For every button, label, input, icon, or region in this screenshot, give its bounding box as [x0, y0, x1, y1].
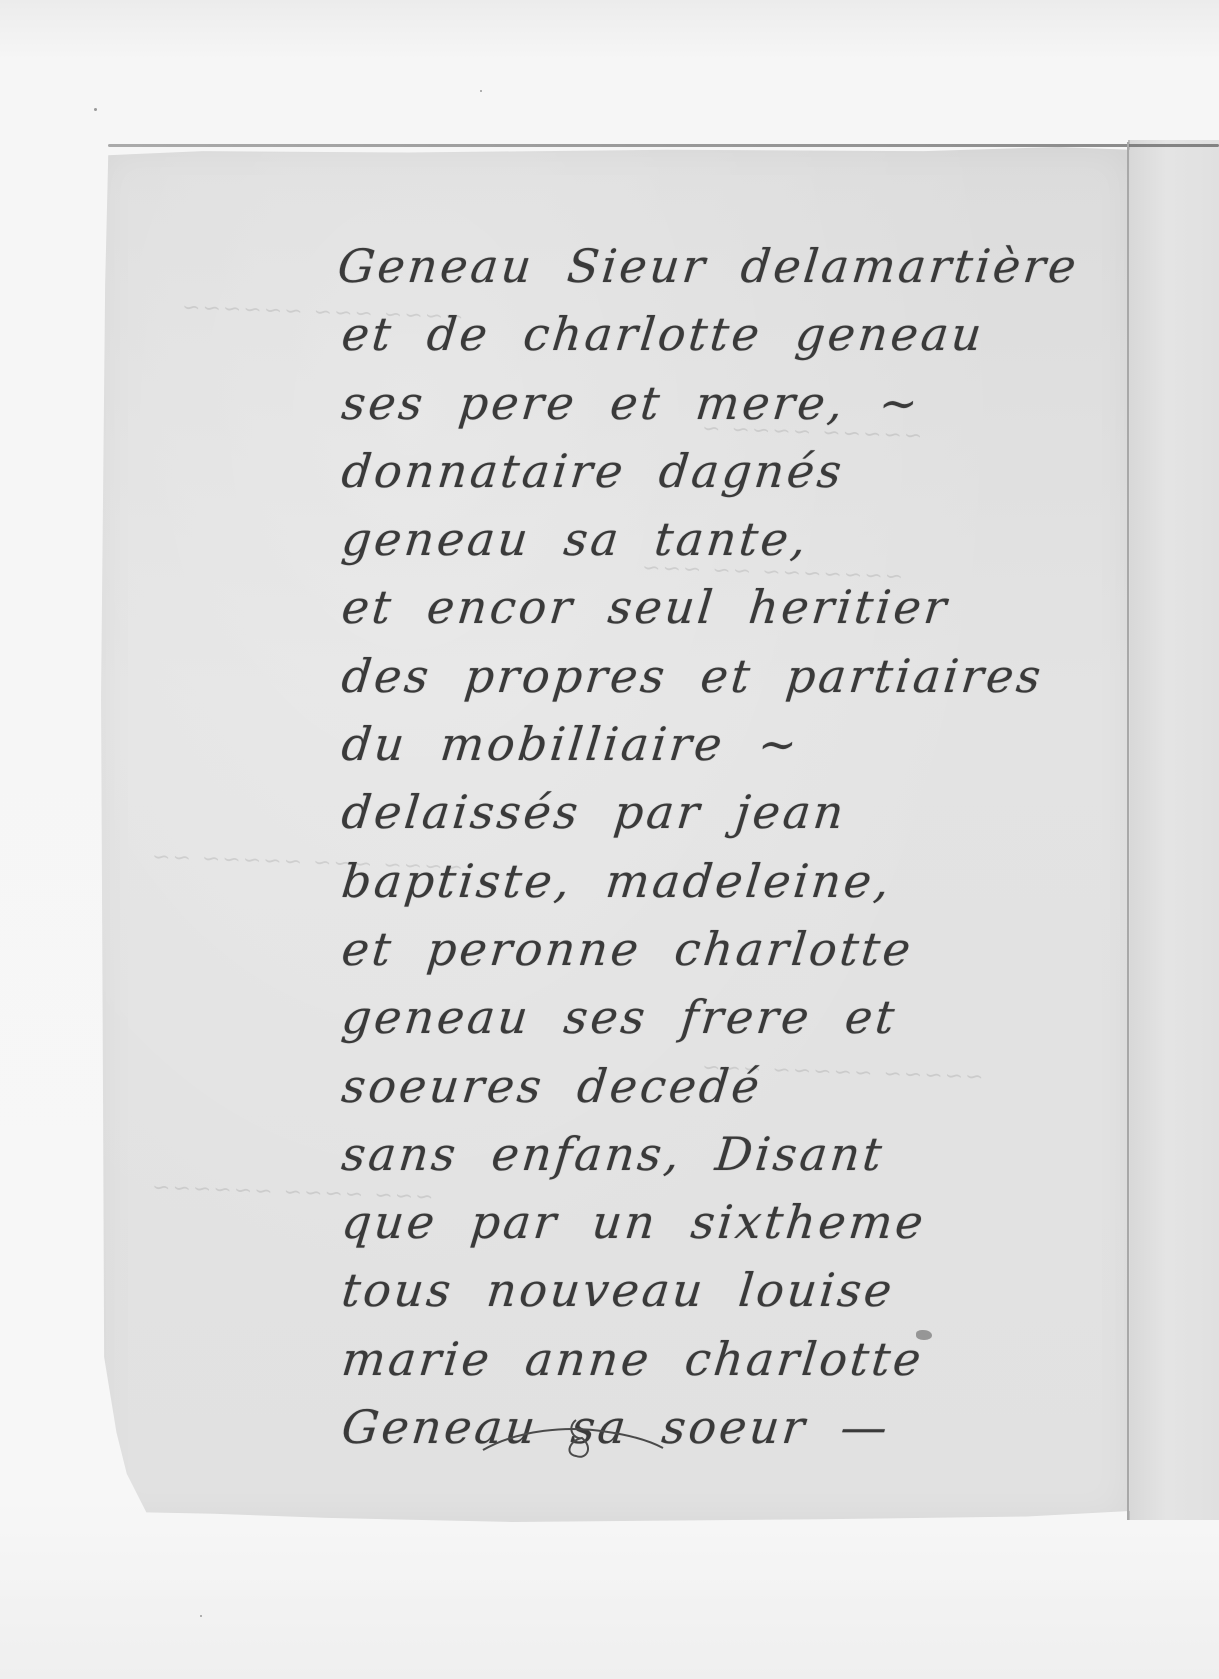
manuscript-line: Geneau Sieur delamartière: [334, 232, 1141, 300]
manuscript-line: tous nouveau louise: [338, 1256, 1141, 1324]
manuscript-line: geneau sa tante,: [338, 505, 1141, 573]
dust-speck: [480, 90, 482, 92]
manuscript-line: Geneau sa soeur —: [338, 1393, 1141, 1461]
manuscript-line: du mobilliaire ~: [338, 710, 1141, 778]
page-top-edge: [108, 144, 1219, 147]
handwritten-text: Geneau Sieur delamartière et de charlott…: [338, 232, 1138, 1461]
paraph-flourish-icon: [478, 1410, 678, 1460]
manuscript-line: que par un sixtheme: [338, 1188, 1141, 1256]
manuscript-line: geneau ses frere et: [338, 983, 1141, 1051]
manuscript-line: donnataire dagnés: [338, 437, 1141, 505]
manuscript-line: delaissés par jean: [338, 778, 1141, 846]
manuscript-line: sans enfans, Disant: [338, 1120, 1141, 1188]
manuscript-line: et de charlotte geneau: [338, 300, 1141, 368]
manuscript-line: et encor seul heritier: [338, 573, 1141, 641]
ink-blot: [916, 1330, 932, 1340]
dust-speck: [200, 1615, 202, 1617]
manuscript-line: des propres et partiaires: [338, 642, 1141, 710]
manuscript-line: soeures decedé: [338, 1052, 1141, 1120]
dust-speck: [94, 108, 97, 111]
adjacent-page: [1128, 140, 1219, 1520]
manuscript-line: et peronne charlotte: [338, 915, 1141, 983]
manuscript-line: ses pere et mere, ~: [338, 369, 1141, 437]
manuscript-line: marie anne charlotte: [338, 1325, 1141, 1393]
manuscript-line: baptiste, madeleine,: [338, 847, 1141, 915]
